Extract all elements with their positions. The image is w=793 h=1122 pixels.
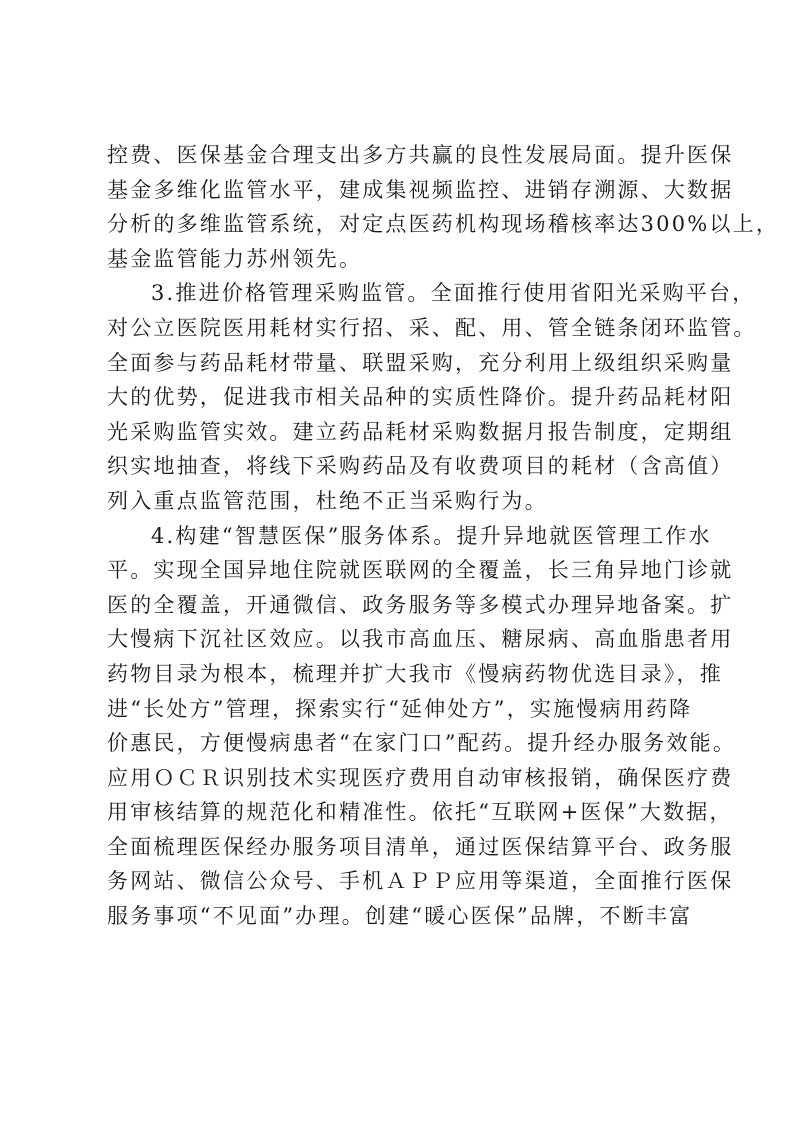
- text-line: 织实地抽查，将线下采购药品及有收费项目的耗材（含高值）: [107, 449, 683, 484]
- text-line: 光采购监管实效。建立药品耗材采购数据月报告制度，定期组: [107, 415, 683, 450]
- text-line: 3.推进价格管理采购监管。全面推行使用省阳光采购平台，: [107, 276, 683, 311]
- text-line: 大的优势，促进我市相关品种的实质性降价。提升药品耗材阳: [107, 380, 683, 415]
- text-line: 药物目录为根本，梳理并扩大我市《慢病药物优选目录》，推: [107, 657, 683, 692]
- paragraph-fund-supervision: 控费、医保基金合理支出多方共赢的良性发展局面。提升医保 基金多维化监管水平，建成…: [107, 138, 683, 276]
- text-line: 控费、医保基金合理支出多方共赢的良性发展局面。提升医保: [107, 138, 683, 173]
- text-line: 分析的多维监管系统，对定点医药机构现场稽核率达300%以上，: [107, 207, 683, 242]
- text-line: 平。实现全国异地住院就医联网的全覆盖，长三角异地门诊就: [107, 553, 683, 588]
- paragraph-smart-insurance: 4.构建“智慧医保”服务体系。提升异地就医管理工作水 平。实现全国异地住院就医联…: [107, 519, 683, 934]
- text-line: 4.构建“智慧医保”服务体系。提升异地就医管理工作水: [107, 519, 683, 554]
- text-line: 医的全覆盖，开通微信、政务服务等多模式办理异地备案。扩: [107, 588, 683, 623]
- text-line: 全面梳理医保经办服务项目清单，通过医保结算平台、政务服: [107, 830, 683, 865]
- text-line: 务网站、微信公众号、手机ＡＰＰ应用等渠道，全面推行医保: [107, 864, 683, 899]
- text-line: 大慢病下沉社区效应。以我市高血压、糖尿病、高血脂患者用: [107, 622, 683, 657]
- text-line: 全面参与药品耗材带量、联盟采购，充分利用上级组织采购量: [107, 346, 683, 381]
- text-line: 用审核结算的规范化和精准性。依托“互联网+医保”大数据，: [107, 795, 683, 830]
- text-line: 对公立医院医用耗材实行招、采、配、用、管全链条闭环监管。: [107, 311, 683, 346]
- text-line: 列入重点监管范围，杜绝不正当采购行为。: [107, 484, 683, 519]
- text-line: 应用ＯＣＲ识别技术实现医疗费用自动审核报销，确保医疗费: [107, 761, 683, 796]
- paragraph-price-procurement: 3.推进价格管理采购监管。全面推行使用省阳光采购平台， 对公立医院医用耗材实行招…: [107, 276, 683, 518]
- text-line: 进“长处方”管理，探索实行“延伸处方”，实施慢病用药降: [107, 692, 683, 727]
- text-line: 基金监管能力苏州领先。: [107, 242, 683, 277]
- text-line: 价惠民，方便慢病患者“在家门口”配药。提升经办服务效能。: [107, 726, 683, 761]
- text-line: 服务事项“不见面”办理。创建“暖心医保”品牌，不断丰富: [107, 899, 683, 934]
- text-line: 基金多维化监管水平，建成集视频监控、进销存溯源、大数据: [107, 173, 683, 208]
- document-page: 控费、医保基金合理支出多方共赢的良性发展局面。提升医保 基金多维化监管水平，建成…: [107, 138, 683, 934]
